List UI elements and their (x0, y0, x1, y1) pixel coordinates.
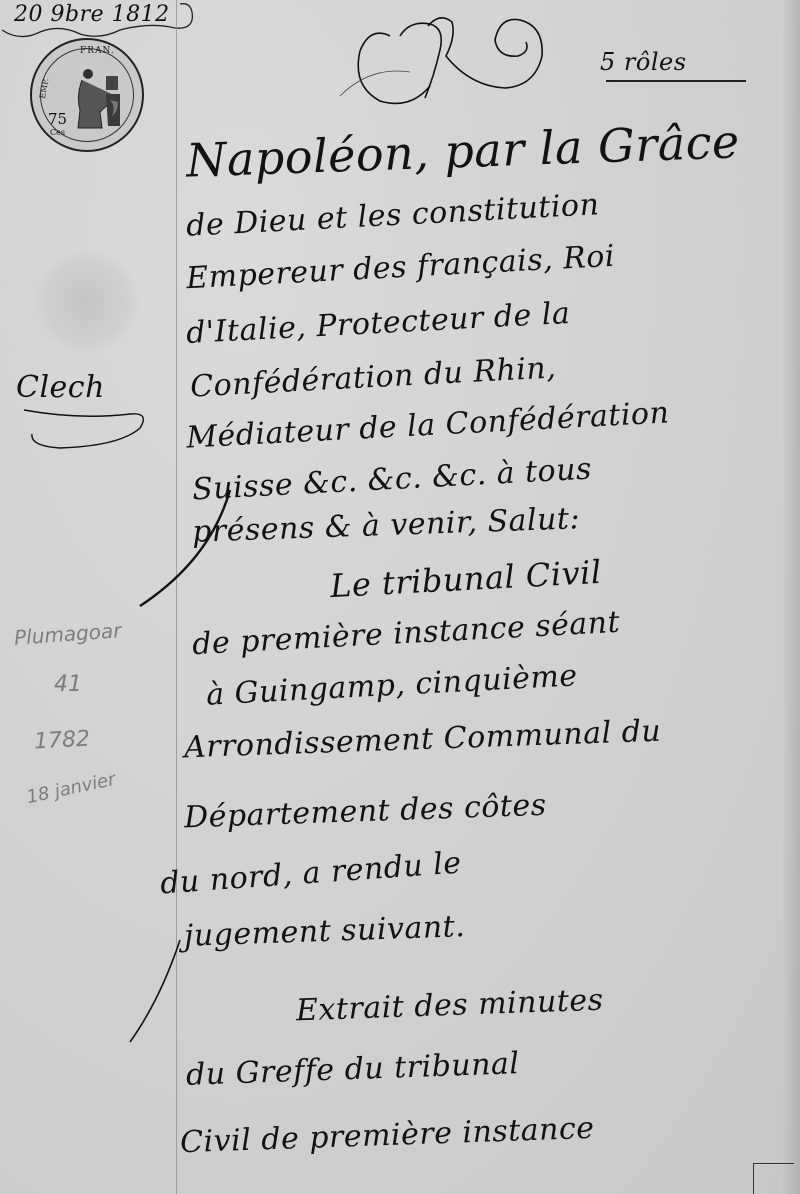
body-line-18: Civil de première instance (180, 1111, 596, 1160)
pencil-note-year: 1782 (33, 727, 90, 755)
signature-flourish-decoration (20, 400, 150, 460)
pencil-note-place: Plumagoar (13, 618, 122, 649)
body-line-16: Extrait des minutes (295, 983, 604, 1029)
monogram-flourish-decoration (330, 6, 560, 116)
body-line-4: d'Italie, Protecteur de la (185, 296, 571, 351)
body-line-13: Département des côtes (183, 788, 547, 836)
seated-figure-icon (72, 66, 124, 134)
page-count-note: 5 rôles (600, 48, 687, 76)
body-line-9: Le tribunal Civil (329, 553, 602, 605)
date-header: 20 9bre 1812 (14, 2, 170, 27)
body-line-1: Napoléon, par la Grâce (185, 114, 740, 187)
tax-stamp: FRAN. EMP. 75 Ces (30, 38, 144, 152)
pencil-note-number: 41 (54, 672, 82, 697)
page-count-underline (606, 80, 746, 82)
body-line-17: du Greffe du tribunal (185, 1046, 520, 1093)
document-page: 20 9bre 1812 FRAN. EMP. 75 Ces 5 rôles C… (0, 0, 800, 1194)
body-line-12: Arrondissement Communal du (184, 714, 662, 766)
stamp-top-text: FRAN. (80, 46, 115, 56)
body-line-5: Confédération du Rhin, (189, 350, 557, 404)
stamp-value: 75 (48, 110, 67, 128)
body-line-6: Médiateur de la Confédération (185, 395, 670, 455)
descender-flourish-decoration (120, 480, 260, 620)
descender-flourish-decoration-2 (120, 930, 200, 1050)
body-line-15: jugement suivant. (183, 909, 465, 954)
body-line-14: du nord, a rendu le (159, 846, 463, 902)
corner-fold-mark (753, 1163, 794, 1194)
body-line-2: de Dieu et les constitution (185, 187, 600, 244)
pencil-note-date: 18 janvier (25, 769, 118, 808)
body-line-11: à Guingamp, cinquième (205, 658, 578, 712)
stamp-unit: Ces (50, 128, 65, 137)
body-line-3: Empereur des français, Roi (185, 239, 615, 296)
faded-seal (32, 252, 142, 352)
